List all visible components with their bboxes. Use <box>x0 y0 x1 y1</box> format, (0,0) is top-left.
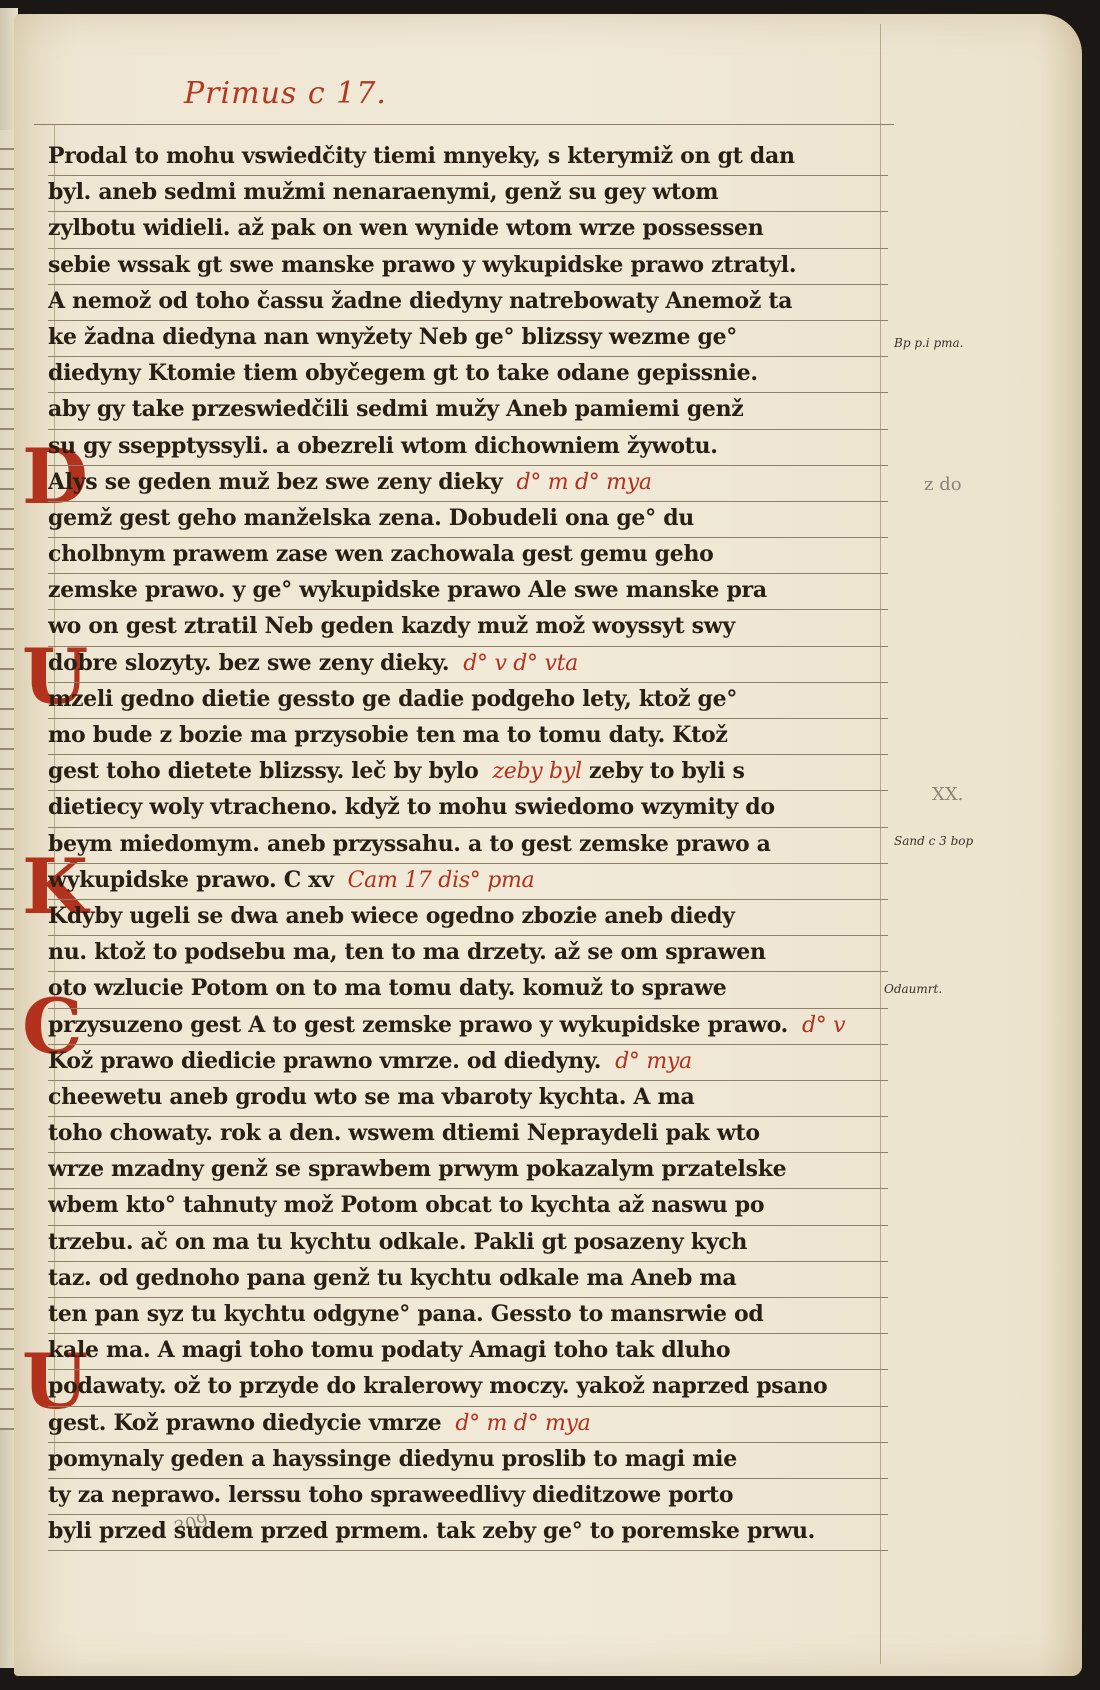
line-text: cheewetu aneb grodu wto se ma vbaroty ky… <box>48 1084 694 1110</box>
running-head: Primus c 17. <box>184 76 387 111</box>
line-text: mzeli gedno dietie gessto ge dadie podge… <box>48 686 737 712</box>
line-text: ty za neprawo. lerssu toho spraweedlivy … <box>48 1482 733 1508</box>
text-line: Kdyby ugeli se dwa aneb wiece ogedno zbo… <box>48 900 888 936</box>
line-text: byli przed sudem przed prmem. tak zeby g… <box>48 1518 815 1544</box>
line-text: kale ma. A magi toho tomu podaty Amagi t… <box>48 1337 730 1363</box>
rubric-annotation: d° v <box>802 1013 845 1038</box>
line-text: Kdyby ugeli se dwa aneb wiece ogedno zbo… <box>48 903 735 929</box>
margin-pencil-note: XX. <box>932 784 963 805</box>
line-text: zylbotu widieli. až pak on wen wynide wt… <box>48 215 763 241</box>
text-line: podawaty. ož to przyde do kralerowy mocz… <box>48 1370 888 1406</box>
adjacent-page-text-strip <box>0 130 14 1430</box>
line-text: diedyny Ktomie tiem obyčegem gt to take … <box>48 360 758 386</box>
text-line: zemske prawo. y ge° wykupidske prawo Ale… <box>48 574 888 610</box>
line-text: aby gy take przeswiedčili sedmi mužy Ane… <box>48 396 743 422</box>
rubric-annotation: zeby byl <box>492 759 581 784</box>
line-text: sebie wssak gt swe manske prawo y wykupi… <box>48 252 796 278</box>
text-line: taz. od gednoho pana genž tu kychtu odka… <box>48 1262 888 1298</box>
line-text: taz. od gednoho pana genž tu kychtu odka… <box>48 1265 736 1291</box>
line-text: dobre slozyty. bez swe zeny dieky. <box>48 650 449 676</box>
line-text: A nemož od toho čassu žadne diedyny natr… <box>48 288 792 314</box>
top-ruling-line <box>34 124 894 125</box>
text-line: oto wzlucie Potom on to ma tomu daty. ko… <box>48 972 888 1008</box>
rubric-annotation: d° mya <box>615 1049 692 1074</box>
text-line: Kož prawo diedicie prawno vmrze. od died… <box>48 1045 888 1081</box>
line-text: ke žadna diedyna nan wnyžety Neb ge° bli… <box>48 324 737 350</box>
line-text: wykupidske prawo. C xv <box>48 867 334 893</box>
text-line: wykupidske prawo. C xvCam 17 dis° pma <box>48 864 888 900</box>
rubric-annotation: d° v d° vta <box>463 651 578 676</box>
line-text: Prodal to mohu vswiedčity tiemi mnyeky, … <box>48 143 795 169</box>
text-line: byli przed sudem przed prmem. tak zeby g… <box>48 1515 888 1551</box>
rubric-annotation: d° m d° mya <box>517 470 652 495</box>
line-text: wbem kto° tahnuty mož Potom obcat to kyc… <box>48 1192 764 1218</box>
text-line: cheewetu aneb grodu wto se ma vbaroty ky… <box>48 1081 888 1117</box>
text-line: nu. ktož to podsebu ma, ten to ma drzety… <box>48 936 888 972</box>
margin-note: Bp p.i pma. <box>894 336 964 350</box>
text-line: wbem kto° tahnuty mož Potom obcat to kyc… <box>48 1189 888 1225</box>
line-text: su gy ssepptyssyli. a obezreli wtom dich… <box>48 433 718 459</box>
text-line: su gy ssepptyssyli. a obezreli wtom dich… <box>48 430 888 466</box>
text-line: gest toho dietete blizssy. leč by byloze… <box>48 755 888 791</box>
text-line: cholbnym prawem zase wen zachowala gest … <box>48 538 888 574</box>
line-text: nu. ktož to podsebu ma, ten to ma drzety… <box>48 939 766 965</box>
line-text: dietiecy woly vtracheno. když to mohu sw… <box>48 794 775 820</box>
text-line: byl. aneb sedmi mužmi nenaraenymi, genž … <box>48 176 888 212</box>
text-line: pomynaly geden a hayssinge diedynu prosl… <box>48 1443 888 1479</box>
text-line: wrze mzadny genž se sprawbem prwym pokaz… <box>48 1153 888 1189</box>
text-line: dobre slozyty. bez swe zeny dieky.d° v d… <box>48 647 888 683</box>
margin-note: Odaumrt. <box>884 982 942 996</box>
line-text: wrze mzadny genž se sprawbem prwym pokaz… <box>48 1156 786 1182</box>
rubric-annotation: d° m d° mya <box>455 1411 590 1436</box>
text-block: Prodal to mohu vswiedčity tiemi mnyeky, … <box>48 140 888 1551</box>
line-text: gemž gest geho manželska zena. Dobudeli … <box>48 505 694 531</box>
text-line: mzeli gedno dietie gessto ge dadie podge… <box>48 683 888 719</box>
text-line: przysuzeno gest A to gest zemske prawo y… <box>48 1009 888 1045</box>
line-text: byl. aneb sedmi mužmi nenaraenymi, genž … <box>48 179 718 205</box>
line-text: przysuzeno gest A to gest zemske prawo y… <box>48 1012 788 1038</box>
text-line: Alys se geden muž bez swe zeny diekyd° m… <box>48 466 888 502</box>
line-text: pomynaly geden a hayssinge diedynu prosl… <box>48 1446 737 1472</box>
line-text: cholbnym prawem zase wen zachowala gest … <box>48 541 714 567</box>
text-line: mo bude z bozie ma przysobie ten ma to t… <box>48 719 888 755</box>
text-line: diedyny Ktomie tiem obyčegem gt to take … <box>48 357 888 393</box>
text-line: wo on gest ztratil Neb geden kazdy muž m… <box>48 610 888 646</box>
line-text: mo bude z bozie ma przysobie ten ma to t… <box>48 722 728 748</box>
line-text: beym miedomym. aneb przyssahu. a to gest… <box>48 831 771 857</box>
margin-note: Sand c 3 bop <box>894 834 973 848</box>
text-line: ty za neprawo. lerssu toho spraweedlivy … <box>48 1479 888 1515</box>
line-text: wo on gest ztratil Neb geden kazdy muž m… <box>48 613 735 639</box>
line-text: zemske prawo. y ge° wykupidske prawo Ale… <box>48 577 767 603</box>
text-line: zylbotu widieli. až pak on wen wynide wt… <box>48 212 888 248</box>
line-text: ten pan syz tu kychtu odgyne° pana. Gess… <box>48 1301 764 1327</box>
text-line: gest. Kož prawno diedycie vmrzed° m d° m… <box>48 1407 888 1443</box>
margin-pencil-note: z do <box>924 474 962 495</box>
text-line: Prodal to mohu vswiedčity tiemi mnyeky, … <box>48 140 888 176</box>
text-line: sebie wssak gt swe manske prawo y wykupi… <box>48 249 888 285</box>
text-line: toho chowaty. rok a den. wswem dtiemi Ne… <box>48 1117 888 1153</box>
text-line: beym miedomym. aneb przyssahu. a to gest… <box>48 828 888 864</box>
text-line: A nemož od toho čassu žadne diedyny natr… <box>48 285 888 321</box>
line-text: oto wzlucie Potom on to ma tomu daty. ko… <box>48 975 726 1001</box>
text-line: dietiecy woly vtracheno. když to mohu sw… <box>48 791 888 827</box>
line-text: Alys se geden muž bez swe zeny dieky <box>48 469 503 495</box>
rubric-annotation: Cam 17 dis° pma <box>348 868 535 893</box>
text-line: ten pan syz tu kychtu odgyne° pana. Gess… <box>48 1298 888 1334</box>
text-line: trzebu. ač on ma tu kychtu odkale. Pakli… <box>48 1226 888 1262</box>
line-text: podawaty. ož to przyde do kralerowy mocz… <box>48 1373 827 1399</box>
line-text: gest. Kož prawno diedycie vmrze <box>48 1410 441 1436</box>
line-text: toho chowaty. rok a den. wswem dtiemi Ne… <box>48 1120 760 1146</box>
text-line: gemž gest geho manželska zena. Dobudeli … <box>48 502 888 538</box>
text-line: aby gy take przeswiedčili sedmi mužy Ane… <box>48 393 888 429</box>
line-text-continued: zeby to byli s <box>582 758 745 784</box>
text-line: kale ma. A magi toho tomu podaty Amagi t… <box>48 1334 888 1370</box>
line-text: gest toho dietete blizssy. leč by bylo <box>48 758 478 784</box>
text-line: ke žadna diedyna nan wnyžety Neb ge° bli… <box>48 321 888 357</box>
line-text: Kož prawo diedicie prawno vmrze. od died… <box>48 1048 601 1074</box>
line-text: trzebu. ač on ma tu kychtu odkale. Pakli… <box>48 1229 747 1255</box>
